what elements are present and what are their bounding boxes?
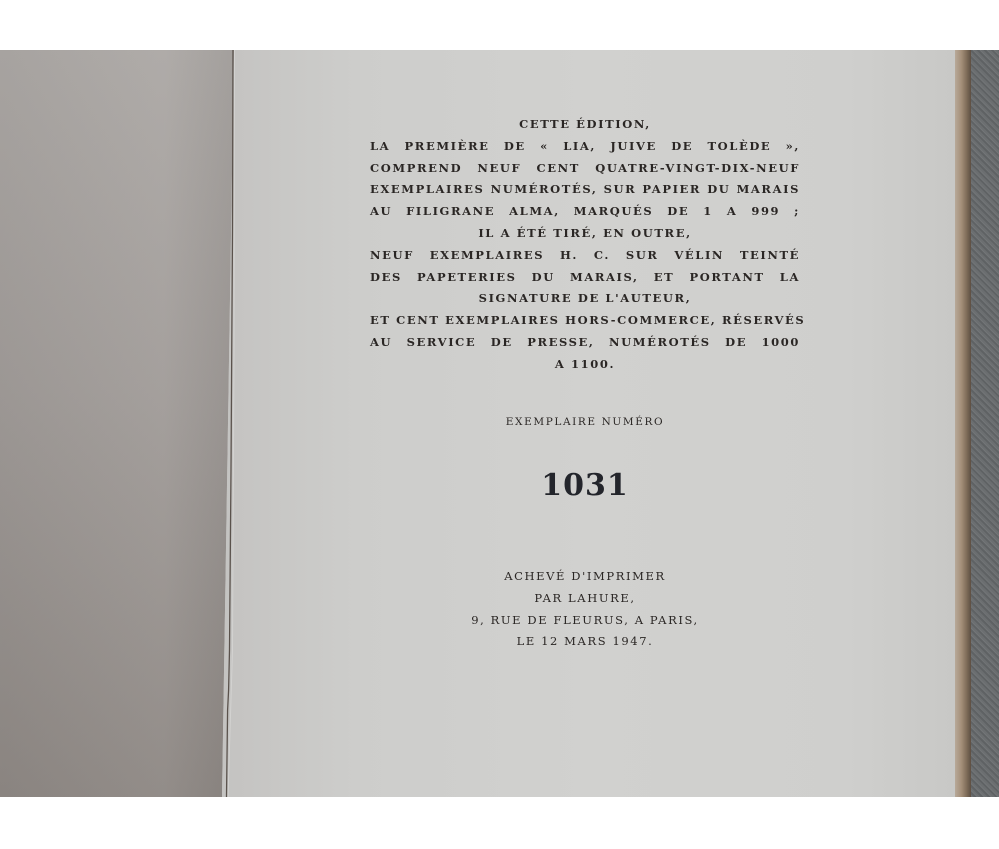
copy-number-label: EXEMPLAIRE NUMÉRO bbox=[370, 416, 800, 428]
printer-statement: ACHEVÉ D'IMPRIMER PAR LAHURE, 9, RUE DE … bbox=[370, 566, 800, 653]
colophon-line: AU FILIGRANE ALMA, MARQUÉS DE 1 A 999 ; bbox=[370, 201, 800, 223]
colophon-line: EXEMPLAIRES NUMÉROTÉS, SUR PAPIER DU MAR… bbox=[370, 179, 800, 201]
book-page-edge bbox=[955, 50, 971, 797]
colophon-line: ET CENT EXEMPLAIRES HORS-COMMERCE, RÉSER… bbox=[370, 310, 800, 332]
printer-line: 9, RUE DE FLEURUS, A PARIS, bbox=[370, 610, 800, 632]
colophon-line: AU SERVICE DE PRESSE, NUMÉROTÉS DE 1000 bbox=[370, 332, 800, 354]
printer-line: PAR LAHURE, bbox=[370, 588, 800, 610]
printer-line: LE 12 MARS 1947. bbox=[370, 631, 800, 653]
copy-number: 1031 bbox=[370, 468, 800, 503]
book-gutter-crease bbox=[220, 50, 236, 797]
left-page bbox=[0, 50, 234, 797]
colophon-line: CETTE ÉDITION, bbox=[370, 114, 800, 136]
printer-line: ACHEVÉ D'IMPRIMER bbox=[370, 566, 800, 588]
colophon-line: DES PAPETERIES DU MARAIS, ET PORTANT LA bbox=[370, 267, 800, 289]
book-photo: CETTE ÉDITION, LA PREMIÈRE DE « LIA, JUI… bbox=[0, 50, 999, 797]
book-cover-cloth bbox=[971, 50, 999, 797]
colophon-line: SIGNATURE DE L'AUTEUR, bbox=[370, 288, 800, 310]
colophon-line: LA PREMIÈRE DE « LIA, JUIVE DE TOLÈDE », bbox=[370, 136, 800, 158]
colophon-line: A 1100. bbox=[370, 354, 800, 376]
edition-statement: CETTE ÉDITION, LA PREMIÈRE DE « LIA, JUI… bbox=[370, 114, 800, 376]
colophon-line: COMPREND NEUF CENT QUATRE-VINGT-DIX-NEUF bbox=[370, 158, 800, 180]
colophon-line: NEUF EXEMPLAIRES H. C. SUR VÉLIN TEINTÉ bbox=[370, 245, 800, 267]
colophon-line: IL A ÉTÉ TIRÉ, EN OUTRE, bbox=[370, 223, 800, 245]
